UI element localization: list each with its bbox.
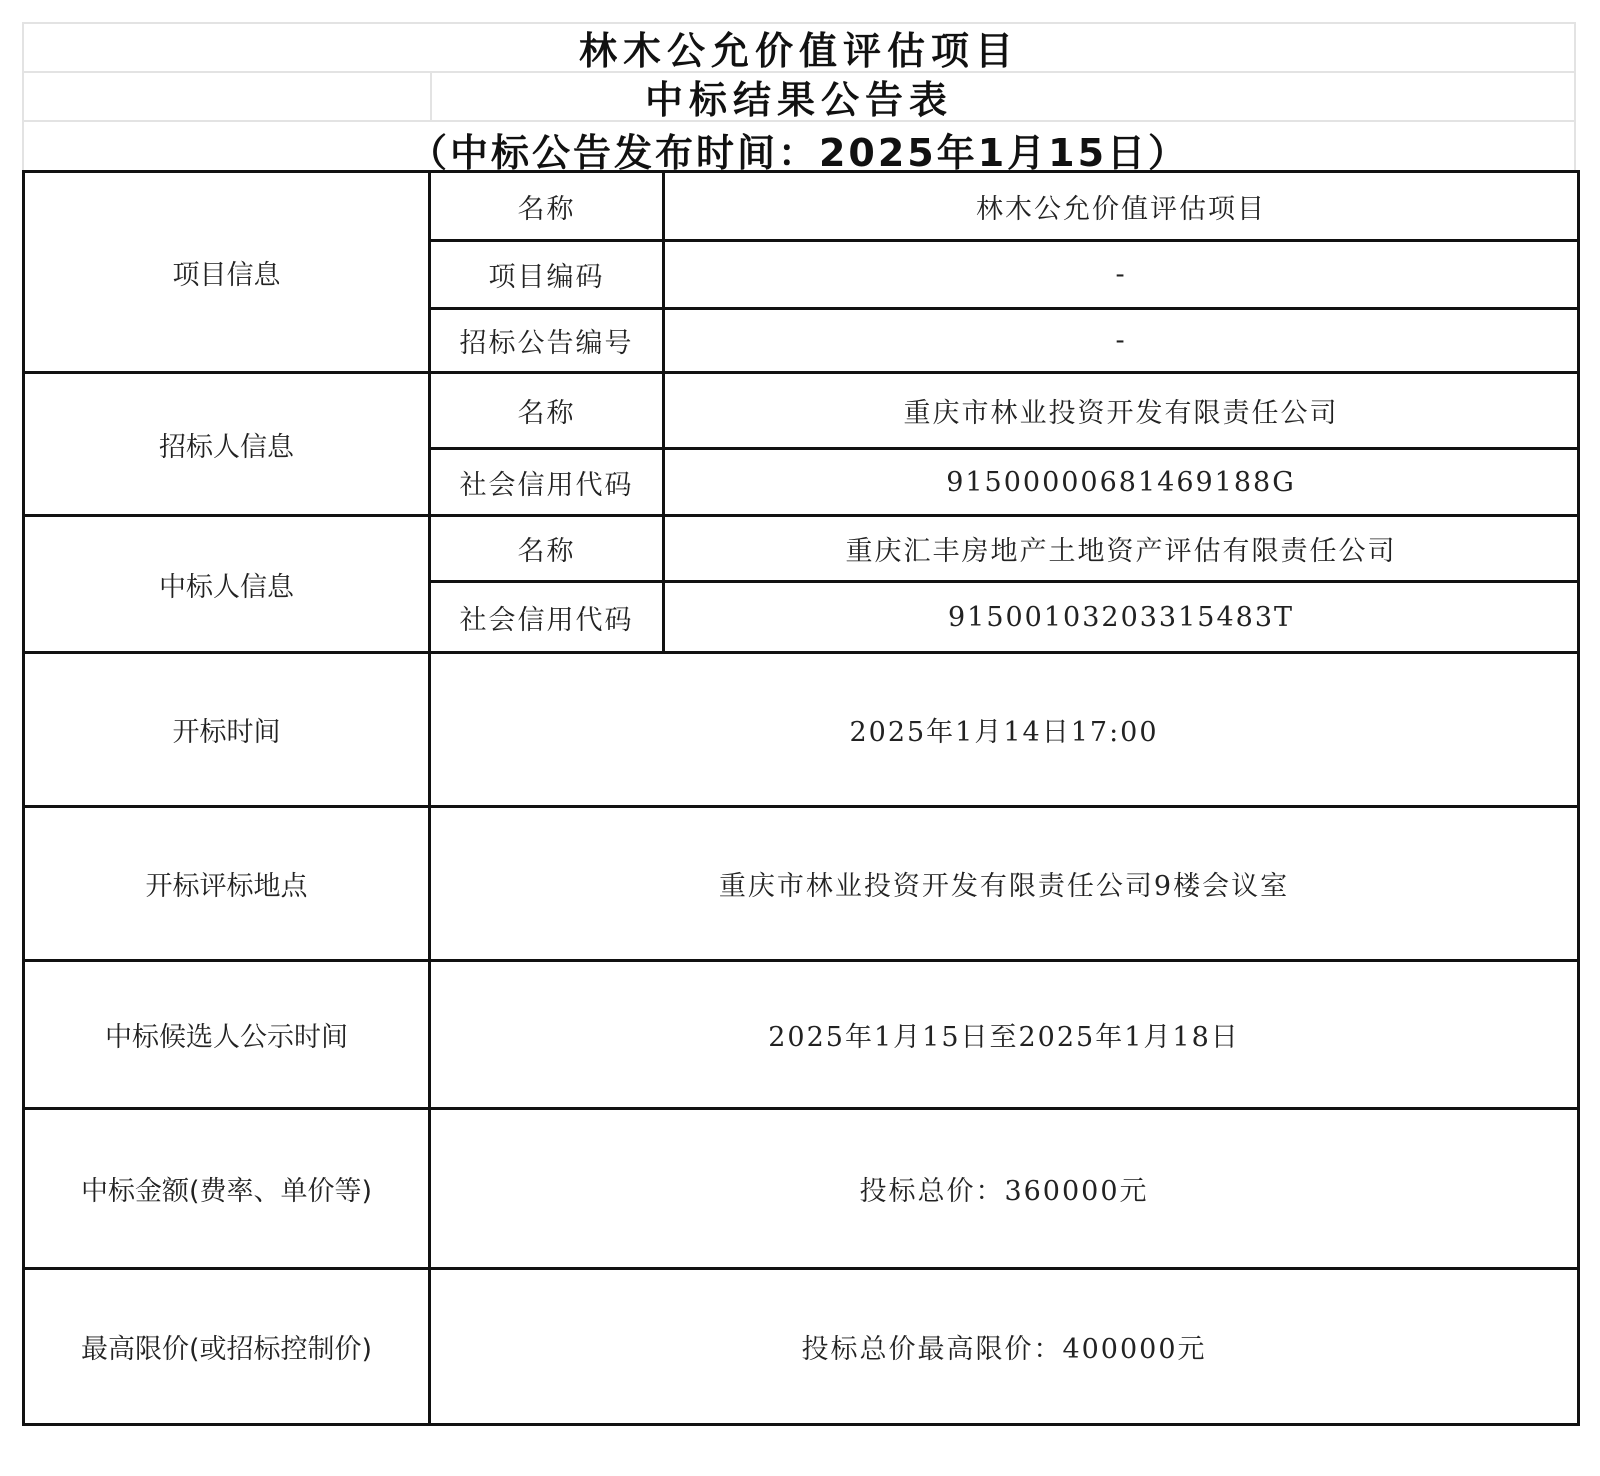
tenderer-name-value: 重庆市林业投资开发有限责任公司: [664, 373, 1579, 449]
max-price-label: 最高限价(或招标控制价): [24, 1269, 430, 1425]
max-price-value: 投标总价最高限价：400000元: [430, 1269, 1579, 1425]
result-table: 项目信息 名称 林木公允价值评估项目 项目编码 - 招标公告编号 - 招标人信息…: [22, 170, 1580, 1426]
tenderer-name-label: 名称: [430, 373, 664, 449]
winner-credit-label: 社会信用代码: [430, 582, 664, 653]
project-code-value: -: [664, 241, 1579, 309]
publicity-period-label: 中标候选人公示时间: [24, 961, 430, 1109]
winner-name-label: 名称: [430, 516, 664, 582]
table-row: 中标金额(费率、单价等) 投标总价：360000元: [24, 1109, 1579, 1269]
winning-amount-label: 中标金额(费率、单价等): [24, 1109, 430, 1269]
winner-info-label: 中标人信息: [24, 516, 430, 653]
table-row: 开标时间 2025年1月14日17:00: [24, 653, 1579, 807]
notice-number-value: -: [664, 309, 1579, 373]
tenderer-credit-label: 社会信用代码: [430, 449, 664, 516]
publicity-period-value: 2025年1月15日至2025年1月18日: [430, 961, 1579, 1109]
winner-name-value: 重庆汇丰房地产土地资产评估有限责任公司: [664, 516, 1579, 582]
project-info-label: 项目信息: [24, 172, 430, 373]
opening-location-label: 开标评标地点: [24, 807, 430, 961]
table-row: 招标人信息 名称 重庆市林业投资开发有限责任公司: [24, 373, 1579, 449]
project-name-label: 名称: [430, 172, 664, 241]
document-title: 林木公允价值评估项目: [22, 22, 1576, 71]
document-subtitle: 中标结果公告表: [22, 71, 1576, 120]
project-code-label: 项目编码: [430, 241, 664, 309]
notice-number-label: 招标公告编号: [430, 309, 664, 373]
publish-date-line: （中标公告发布时间：2025年1月15日）: [22, 120, 1576, 170]
tenderer-credit-value: 91500000681469188G: [664, 449, 1579, 516]
table-row: 中标候选人公示时间 2025年1月15日至2025年1月18日: [24, 961, 1579, 1109]
table-row: 开标评标地点 重庆市林业投资开发有限责任公司9楼会议室: [24, 807, 1579, 961]
opening-location-value: 重庆市林业投资开发有限责任公司9楼会议室: [430, 807, 1579, 961]
tenderer-info-label: 招标人信息: [24, 373, 430, 516]
table-row: 项目信息 名称 林木公允价值评估项目: [24, 172, 1579, 241]
table-row: 最高限价(或招标控制价) 投标总价最高限价：400000元: [24, 1269, 1579, 1425]
opening-time-value: 2025年1月14日17:00: [430, 653, 1579, 807]
opening-time-label: 开标时间: [24, 653, 430, 807]
winning-amount-value: 投标总价：360000元: [430, 1109, 1579, 1269]
project-name-value: 林木公允价值评估项目: [664, 172, 1579, 241]
winner-credit-value: 91500103203315483T: [664, 582, 1579, 653]
title-block: 林木公允价值评估项目 中标结果公告表 （中标公告发布时间：2025年1月15日）: [22, 22, 1576, 170]
table-row: 中标人信息 名称 重庆汇丰房地产土地资产评估有限责任公司: [24, 516, 1579, 582]
